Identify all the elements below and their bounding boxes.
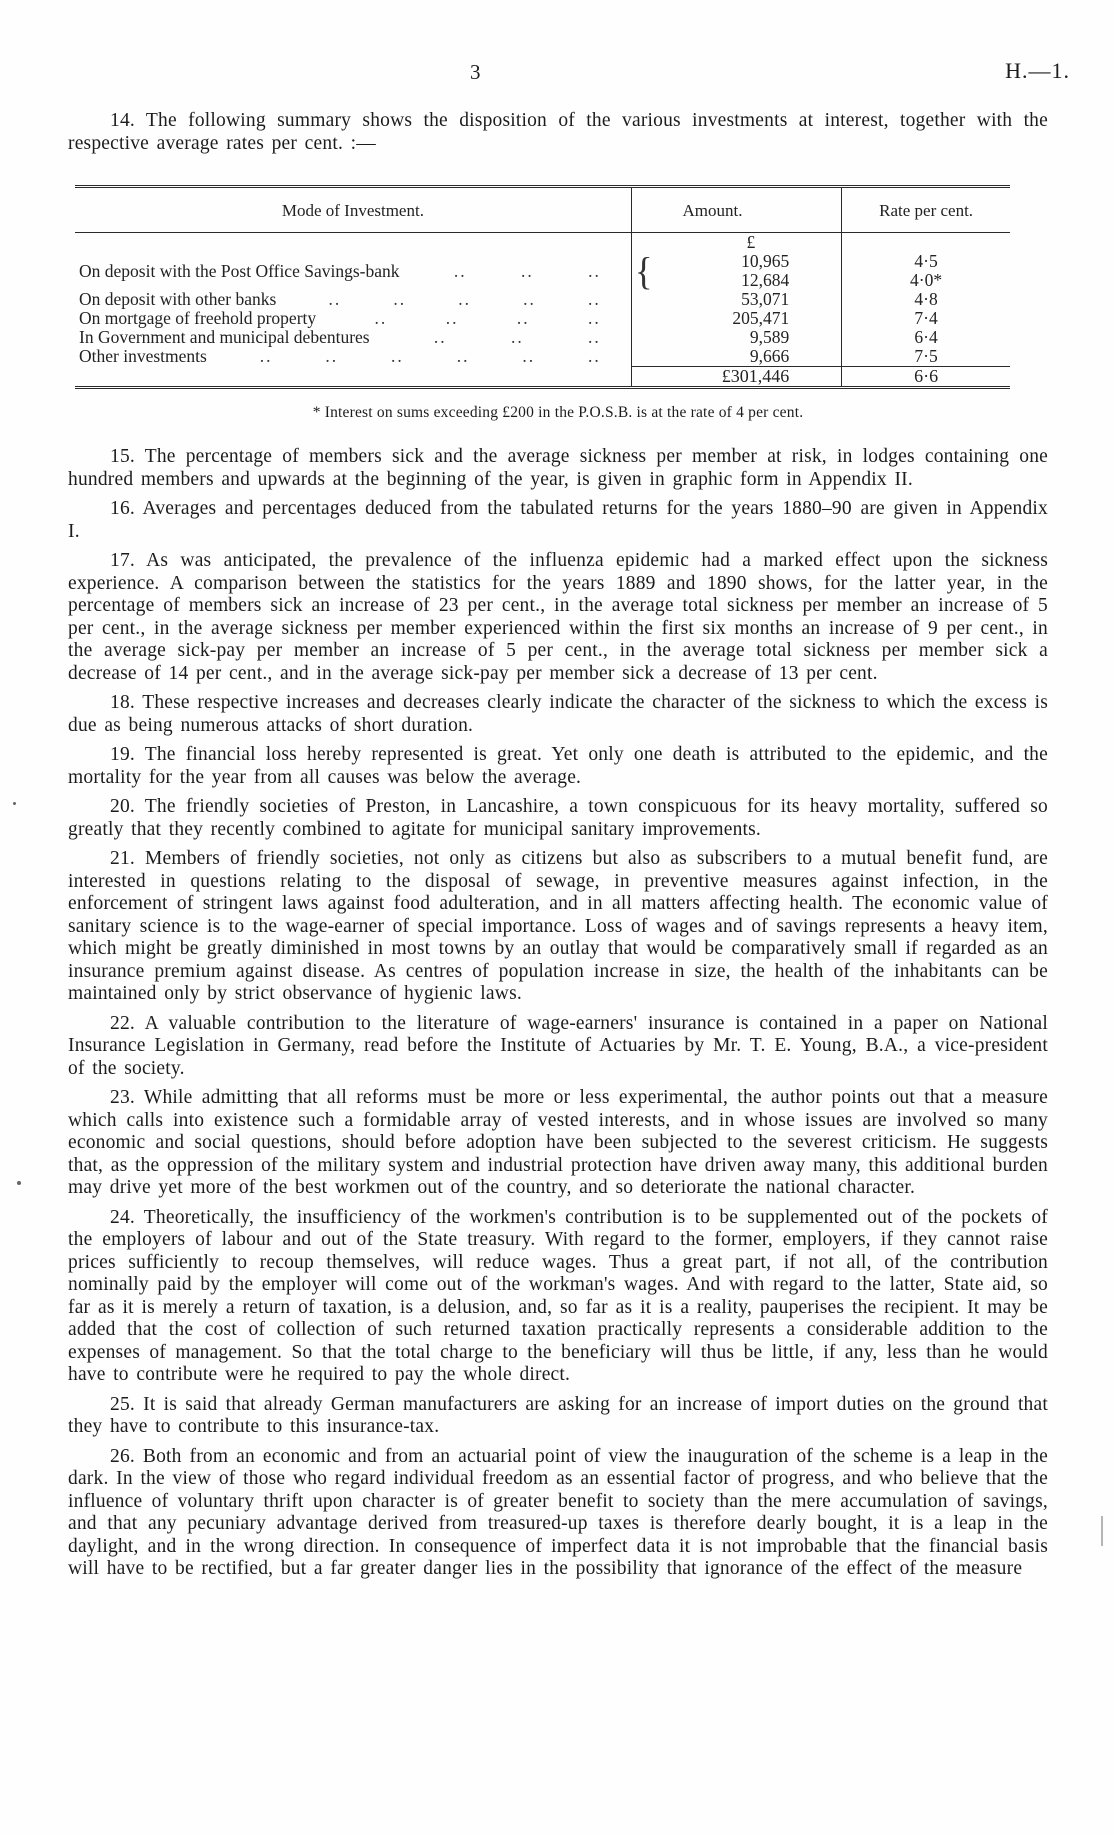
table-row: On deposit with the Post Office Savings-…	[75, 252, 1010, 271]
leader-dots: ..	[588, 309, 601, 328]
paragraph: 15. The percentage of members sick and t…	[68, 446, 1048, 491]
row-label-cell: On deposit with other banks ..........	[75, 290, 631, 309]
row-label-cell: In Government and municipal debentures .…	[75, 328, 631, 347]
empty-cell	[842, 233, 1010, 253]
amount-cell: {10,965	[631, 252, 841, 271]
row-label: In Government and municipal debentures	[79, 328, 370, 347]
row-label-cell: On deposit with the Post Office Savings-…	[75, 252, 631, 290]
amount-cell: 9,589	[631, 328, 841, 347]
scan-artifact-line	[1101, 1516, 1103, 1546]
leader-dots: ..	[328, 290, 341, 309]
col-header-rate: Rate per cent.	[842, 187, 1010, 233]
row-label: On deposit with other banks	[79, 290, 276, 309]
leader-dots: ..	[522, 347, 535, 366]
rate-cell: 4·5	[842, 252, 1010, 271]
table-total-row: £301,446 6·6	[75, 367, 1010, 388]
rate-cell: 4·0*	[842, 271, 1010, 290]
leader-dots: ..	[457, 347, 470, 366]
leader-dots: ..	[325, 347, 338, 366]
paragraph: 18. These respective increases and decre…	[68, 692, 1048, 737]
amount-cell: 53,071	[631, 290, 841, 309]
table-row: Other investments ............ 9,666 7·5	[75, 347, 1010, 367]
paragraph: 22. A valuable contribution to the liter…	[68, 1013, 1048, 1081]
document-reference: H.—1.	[1005, 58, 1070, 84]
scan-speckle	[17, 1181, 21, 1185]
row-label: Other investments	[79, 347, 207, 366]
leader-dots: ..	[458, 290, 471, 309]
leader-dots: ..	[521, 262, 534, 281]
rate-cell: 4·8	[842, 290, 1010, 309]
table-header-row: Mode of Investment. Amount. Rate per cen…	[75, 187, 1010, 233]
leader-dots: ..	[588, 328, 601, 347]
leader-dots: ..	[523, 290, 536, 309]
leader-dots: ..	[446, 309, 459, 328]
leader-dots: ..	[393, 290, 406, 309]
page-header: 3 H.—1.	[0, 0, 1114, 90]
amount-cell: 205,471	[631, 309, 841, 328]
leader-line: On deposit with the Post Office Savings-…	[79, 262, 627, 281]
investments-table: Mode of Investment. Amount. Rate per cen…	[75, 185, 1010, 389]
table-row: In Government and municipal debentures .…	[75, 328, 1010, 347]
paragraph: 20. The friendly societies of Preston, i…	[68, 796, 1048, 841]
scanned-report-page: 3 H.—1. 14. The following summary shows …	[0, 0, 1114, 1835]
amount-cell: 12,684	[631, 271, 841, 290]
leader-dots: ..	[454, 262, 467, 281]
paragraph: 24. Theoretically, the insufficiency of …	[68, 1207, 1048, 1387]
leader-dots: ..	[391, 347, 404, 366]
scan-speckle	[13, 802, 16, 805]
leader-line: On deposit with other banks ..........	[79, 290, 627, 309]
empty-cell	[75, 233, 631, 253]
leader-dots: ..	[517, 309, 530, 328]
empty-cell	[75, 367, 631, 388]
paragraph: 26. Both from an economic and from an ac…	[68, 1446, 1048, 1581]
leader-line: Other investments ............	[79, 347, 627, 366]
investments-table-wrap: Mode of Investment. Amount. Rate per cen…	[75, 185, 1010, 389]
rate-cell: 7·4	[842, 309, 1010, 328]
table-row: £	[75, 233, 1010, 253]
row-label: On mortgage of freehold property	[79, 309, 316, 328]
leader-line: On mortgage of freehold property .......…	[79, 309, 627, 328]
paragraph: 21. Members of friendly societies, not o…	[68, 848, 1048, 1006]
row-label: On deposit with the Post Office Savings-…	[79, 262, 399, 281]
table-footnote: * Interest on sums exceeding £200 in the…	[68, 404, 1048, 422]
leader-dots: ..	[434, 328, 447, 347]
page-number: 3	[470, 60, 481, 85]
col-header-amount: Amount.	[631, 187, 841, 233]
leader-dots: ..	[588, 290, 601, 309]
total-rate: 6·6	[842, 367, 1010, 388]
total-amount: £301,446	[631, 367, 841, 388]
brace-glyph: {	[635, 252, 653, 294]
leader-dots: ..	[511, 328, 524, 347]
paragraph: 19. The financial loss hereby represente…	[68, 744, 1048, 789]
leader-line: In Government and municipal debentures .…	[79, 328, 627, 347]
row-label-cell: Other investments ............	[75, 347, 631, 367]
body-paragraphs: 15. The percentage of members sick and t…	[68, 446, 1048, 1581]
paragraph: 17. As was anticipated, the prevalence o…	[68, 550, 1048, 685]
col-header-mode: Mode of Investment.	[75, 187, 631, 233]
paragraph: 23. While admitting that all reforms mus…	[68, 1087, 1048, 1200]
page-content: 14. The following summary shows the disp…	[0, 110, 1114, 1581]
amount-value: 10,965	[741, 251, 789, 271]
table-row: On deposit with other banks .......... 5…	[75, 290, 1010, 309]
leader-dots: ..	[375, 309, 388, 328]
paragraph: 25. It is said that already German manuf…	[68, 1394, 1048, 1439]
paragraph: 16. Averages and percentages deduced fro…	[68, 498, 1048, 543]
leader-dots: ..	[588, 347, 601, 366]
rate-cell: 7·5	[842, 347, 1010, 367]
table-row: On mortgage of freehold property .......…	[75, 309, 1010, 328]
row-label-cell: On mortgage of freehold property .......…	[75, 309, 631, 328]
currency-symbol: £	[631, 233, 841, 253]
amount-cell: 9,666	[631, 347, 841, 367]
leader-dots: ..	[588, 262, 601, 281]
rate-cell: 6·4	[842, 328, 1010, 347]
paragraph-14: 14. The following summary shows the disp…	[68, 110, 1048, 155]
leader-dots: ..	[260, 347, 273, 366]
